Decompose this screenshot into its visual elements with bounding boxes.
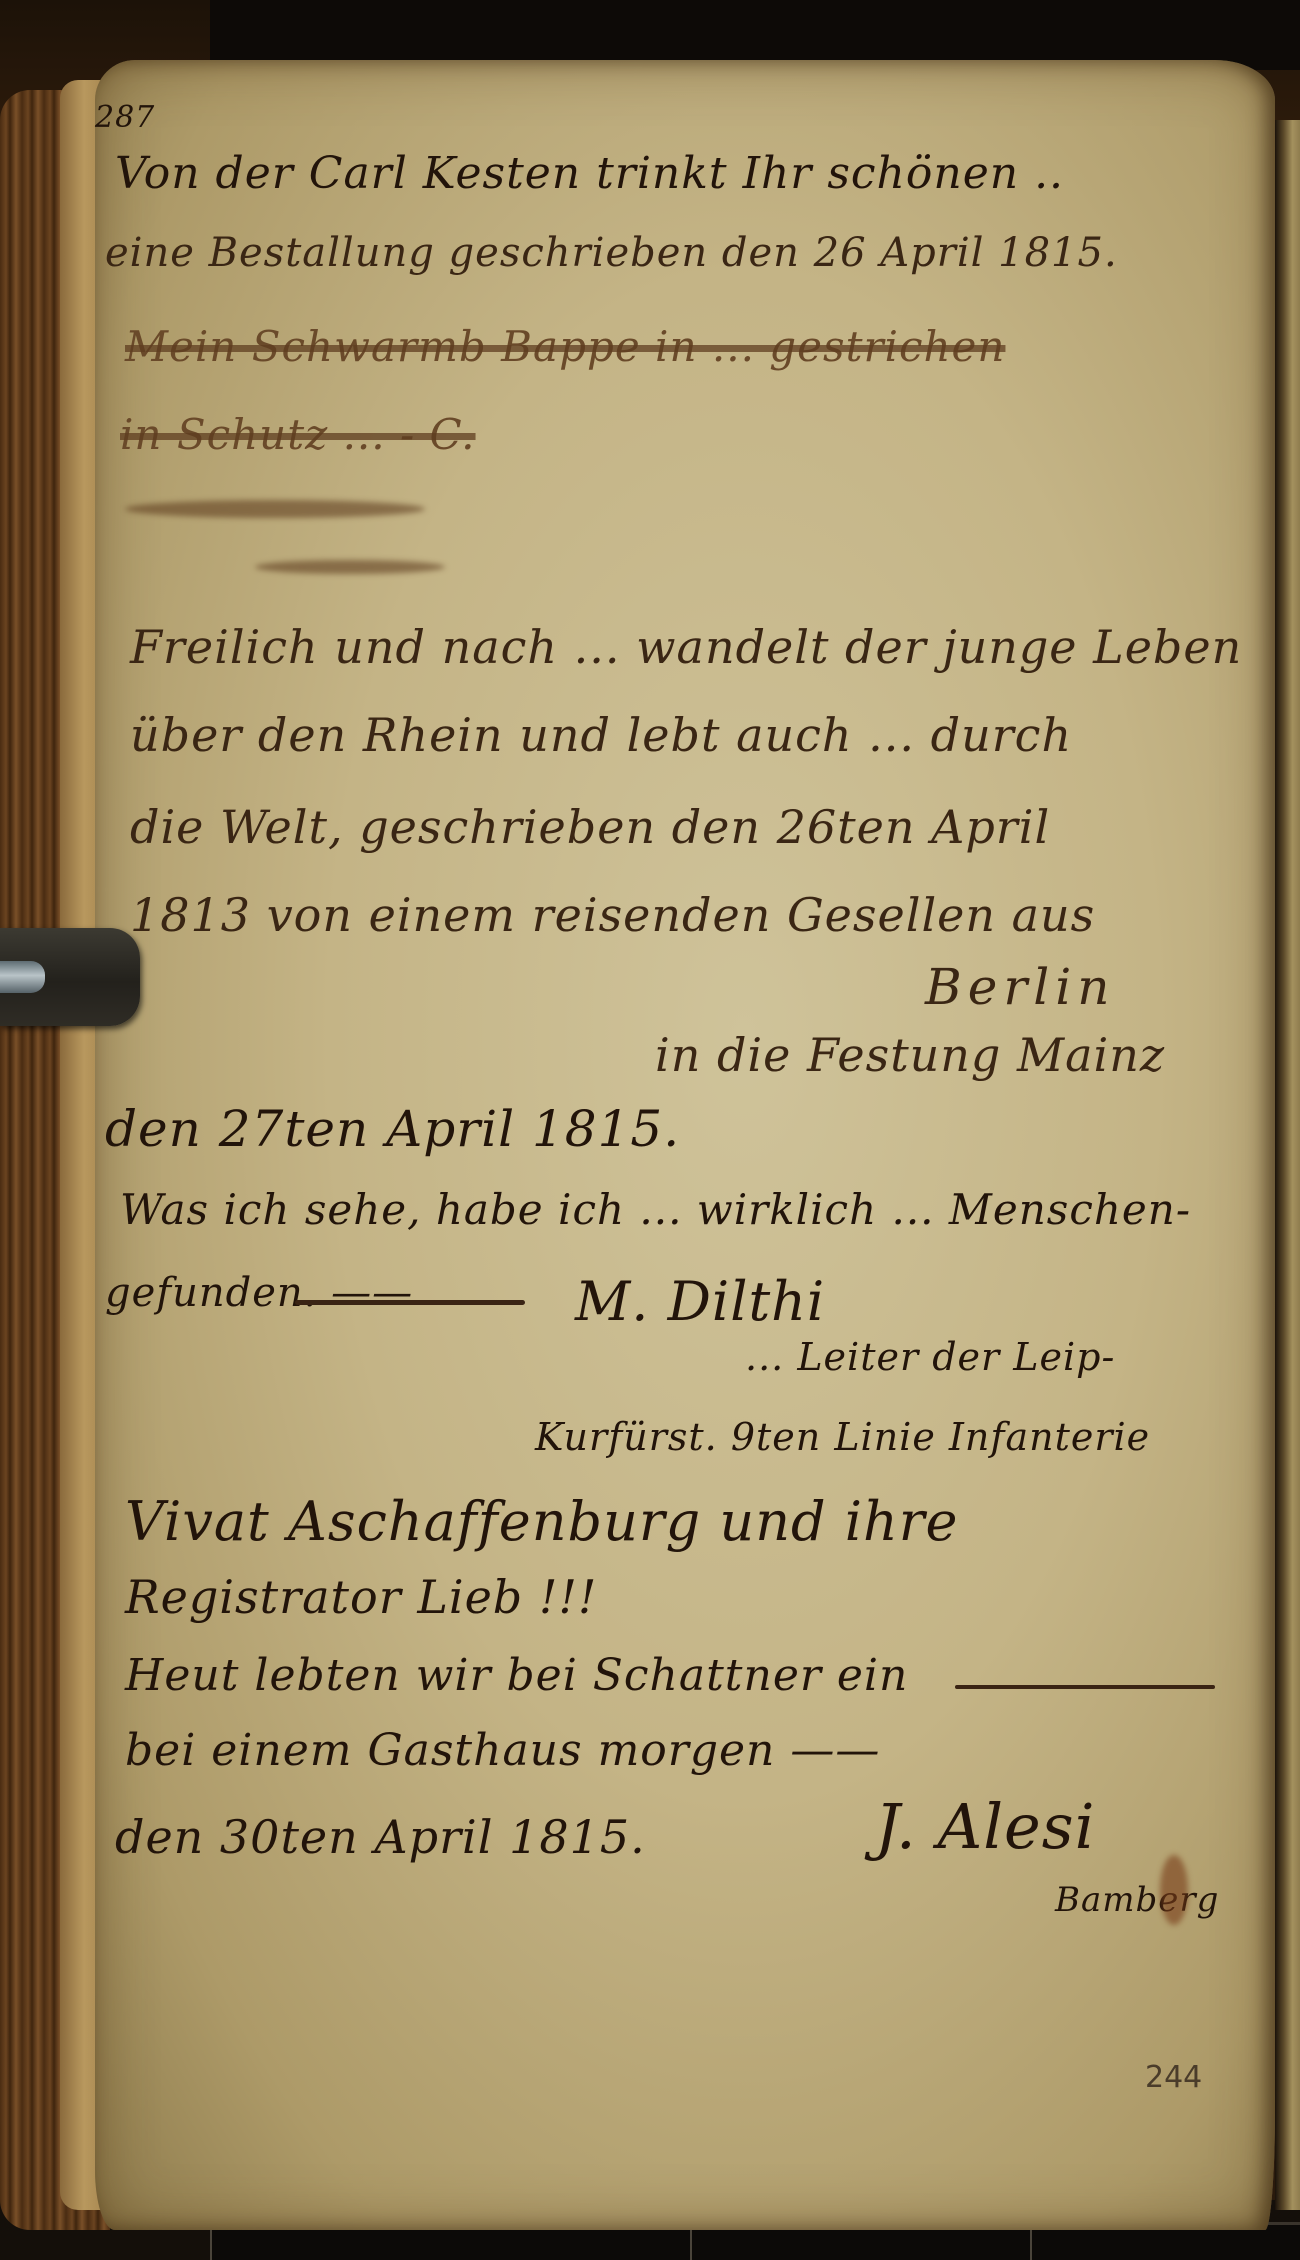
folio-number: 287 bbox=[95, 100, 155, 135]
entry3-line2: über den Rhein und lebt auch ... durch bbox=[130, 708, 1072, 762]
ink-strike-smudge bbox=[125, 500, 425, 518]
struck-line2: in Schutz ... - C. bbox=[120, 410, 476, 459]
entry1-line1: Von der Carl Kesten trinkt Ihr schönen .… bbox=[115, 148, 1064, 199]
entry3-place-berlin: Berlin bbox=[925, 958, 1115, 1016]
entry4-line2: gefunden. —— bbox=[105, 1270, 413, 1316]
flourish-line bbox=[295, 1300, 525, 1305]
entry4-signature: M. Dilthi bbox=[575, 1270, 825, 1333]
entry4-line1: Was ich sehe, habe ich ... wirklich ... … bbox=[120, 1185, 1191, 1234]
archive-page-number: 244 bbox=[1145, 2060, 1202, 2095]
next-page-gutter bbox=[1275, 120, 1300, 2210]
grid-line bbox=[210, 2225, 212, 2260]
entry1-line2: eine Bestallung geschrieben den 26 April… bbox=[105, 230, 1118, 276]
struck-line1: Mein Schwarmb Bappe in ... gestrichen bbox=[125, 322, 1005, 371]
grid-line bbox=[1030, 2225, 1032, 2260]
entry4-signature-detail1: ... Leiter der Leip- bbox=[745, 1335, 1115, 1379]
flourish-line bbox=[955, 1685, 1215, 1689]
entry5-line1: Vivat Aschaffenburg und ihre bbox=[125, 1490, 959, 1553]
entry5-signature: J. Alesi bbox=[875, 1790, 1095, 1863]
entry5-line4: bei einem Gasthaus morgen —— bbox=[125, 1725, 880, 1776]
entry3-line3: die Welt, geschrieben den 26ten April bbox=[130, 800, 1050, 854]
entry3-line4: 1813 von einem reisenden Gesellen aus bbox=[130, 888, 1095, 942]
metal-page-clip bbox=[0, 928, 140, 1026]
entry4-signature-detail2: Kurfürst. 9ten Linie Infanterie bbox=[535, 1415, 1150, 1459]
entry5-signature-place: Bamberg bbox=[1055, 1880, 1219, 1920]
entry5-line3: Heut lebten wir bei Schattner ein bbox=[125, 1650, 908, 1701]
manuscript-page: 287 Von der Carl Kesten trinkt Ihr schön… bbox=[95, 60, 1275, 2230]
entry4-date: den 27ten April 1815. bbox=[105, 1100, 680, 1158]
entry3-line1: Freilich und nach ... wandelt der junge … bbox=[130, 620, 1242, 674]
grid-line bbox=[690, 2225, 692, 2260]
ink-strike-smudge bbox=[255, 560, 445, 574]
entry5-line2: Registrator Lieb !!! bbox=[125, 1570, 597, 1624]
entry5-date: den 30ten April 1815. bbox=[115, 1810, 646, 1864]
ink-stain bbox=[1160, 1855, 1188, 1925]
clip-slot bbox=[0, 961, 45, 993]
entry3-place-mainz: in die Festung Mainz bbox=[655, 1028, 1165, 1082]
